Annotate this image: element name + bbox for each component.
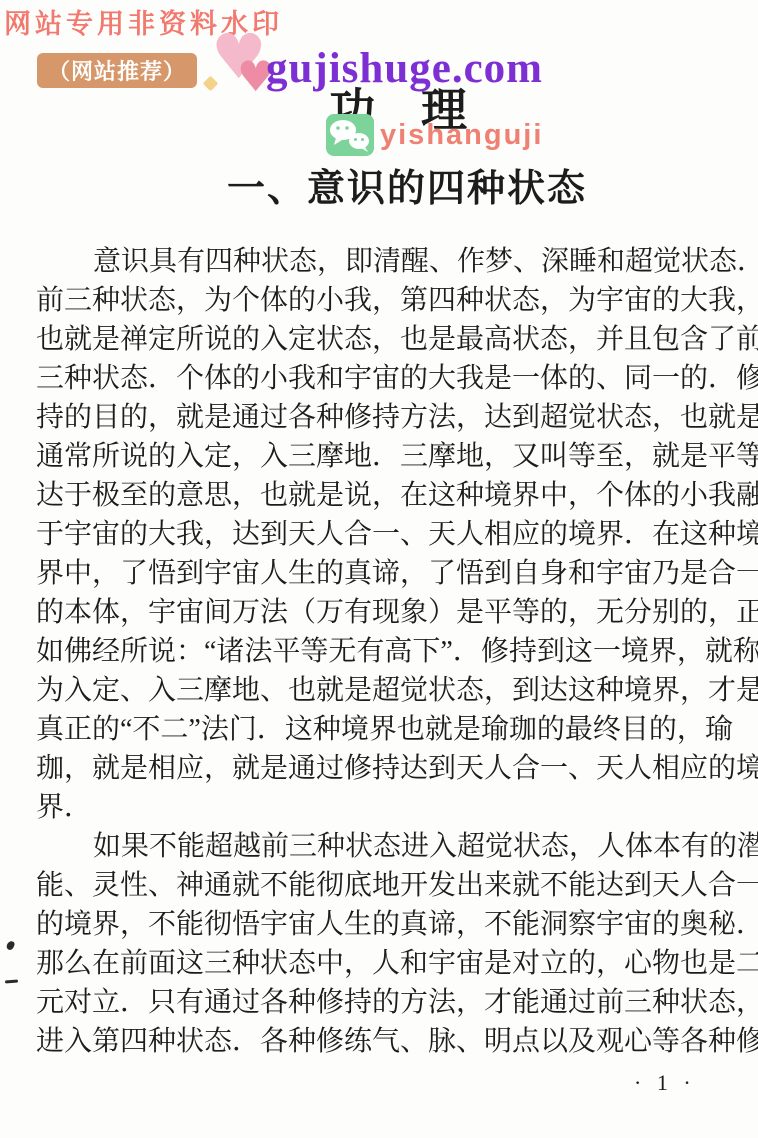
text-line: 界． [36,788,726,827]
text-line: 元对立．只有通过各种修持的方法，才能通过前三种状态， [36,983,726,1022]
text-line: 前三种状态，为个体的小我，第四种状态，为宇宙的大我， [36,281,726,320]
text-line: 真正的“不二”法门．这种境界也就是瑜珈的最终目的，瑜 [36,710,726,749]
text-line: 持的目的，就是通过各种修持方法，达到超觉状态，也就是 [36,398,726,437]
text-line: 通常所说的入定，入三摩地．三摩地，又叫等至，就是平等 [36,437,726,476]
site-recommend-badge: （网站推荐） [37,53,197,88]
text-line: 进入第四种状态．各种修练气、脉、明点以及观心等各种修 [36,1022,726,1061]
text-line: 达于极至的意思，也就是说，在这种境界中，个体的小我融 [36,476,726,515]
wechat-id-text: yishanguji [380,119,543,152]
text-line: 于宇宙的大我，达到天人合一、天人相应的境界．在这种境 [36,515,726,554]
page-number: · 1 · [634,1070,696,1096]
scan-artifact-dash [5,980,18,984]
wechat-watermark: yishanguji [326,114,543,156]
scan-artifact-tick [5,940,15,951]
text-line: 能、灵性、神通就不能彻底地开发出来就不能达到天人合一 [36,866,726,905]
text-line: 那么在前面这三种状态中，人和宇宙是对立的，心物也是二 [36,944,726,983]
text-line: 三种状态．个体的小我和宇宙的大我是一体的、同一的．修 [36,359,726,398]
text-line: 也就是禅定所说的入定状态，也是最高状态，并且包含了前 [36,320,726,359]
text-line: 如果不能超越前三种状态进入超觉状态，人体本有的潜 [36,827,726,866]
text-line: 意识具有四种状态，即清醒、作梦、深睡和超觉状态． [36,242,726,281]
text-line: 为入定、入三摩地、也就是超觉状态，到达这种境界，才是 [36,671,726,710]
text-line: 界中，了悟到宇宙人生的真谛，了悟到自身和宇宙乃是合一 [36,554,726,593]
site-recommend-badge-label: （网站推荐） [48,55,186,86]
section-heading: 一、意识的四种状态 [0,157,758,212]
body-text: 意识具有四种状态，即清醒、作梦、深睡和超觉状态． 前三种状态，为个体的小我，第四… [36,242,726,1061]
text-line: 珈，就是相应，就是通过修持达到天人合一、天人相应的境 [36,749,726,788]
text-line: 的本体，宇宙间万法（万有现象）是平等的，无分别的，正 [36,593,726,632]
text-line: 如佛经所说：“诸法平等无有高下”．修持到这一境界，就称 [36,632,726,671]
wechat-logo-icon [326,114,374,156]
text-line: 的境界，不能彻悟宇宙人生的真谛，不能洞察宇宙的奥秘． [36,905,726,944]
